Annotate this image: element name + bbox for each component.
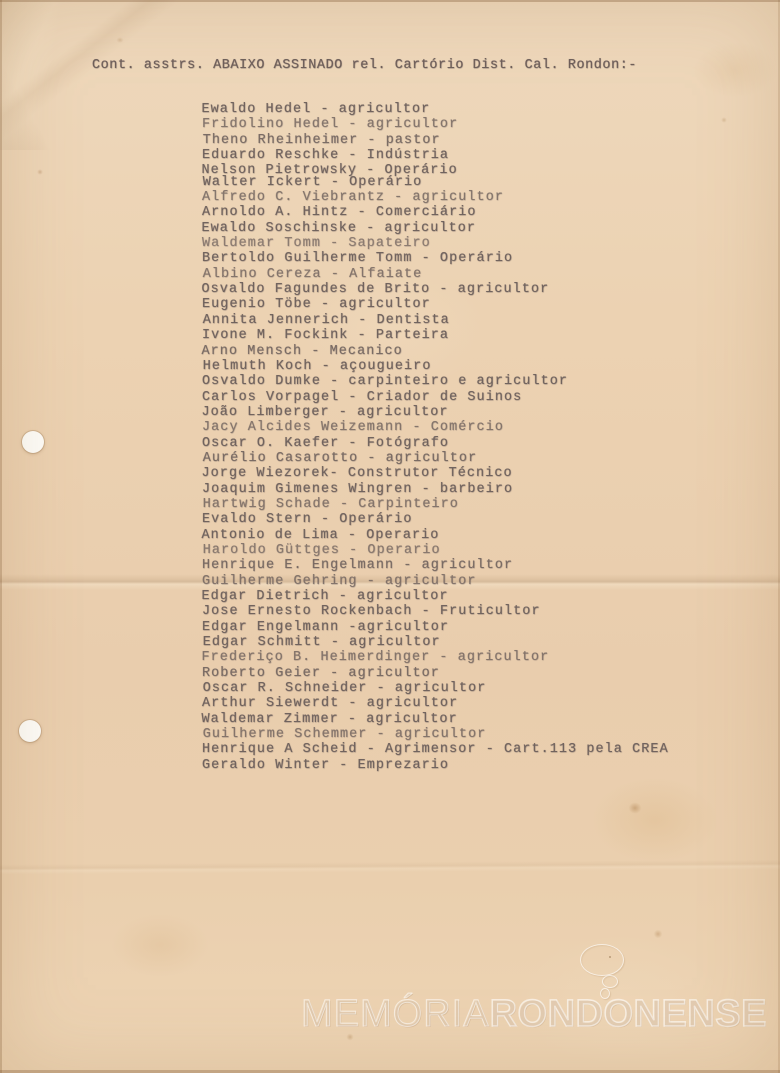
list-item: Frederiço B. Heimerdinger - agricultor [202,650,669,665]
list-item: Helmuth Koch - açougueiro [203,359,670,374]
list-item: Bertoldo Guilherme Tomm - Operário [202,251,669,266]
document-header-line: Cont. asstrs. ABAIXO ASSINADO rel. Cartó… [92,58,637,73]
list-item: Eduardo Reschke - Indústria [202,148,669,163]
signatories-list: Ewaldo Hedel - agricultor Fridolino Hede… [202,102,669,773]
punch-hole-top [22,431,44,453]
punch-hole-bottom [19,720,41,742]
scanned-document-page: Cont. asstrs. ABAIXO ASSINADO rel. Cartó… [0,0,780,1073]
list-item: Oscar R. Schneider - agricultor [203,681,670,696]
list-item: Albino Cereza - Alfaiate [203,267,670,282]
watermark-memoria: MEMÓRIA [301,993,490,1035]
list-item: Fridolino Hedel - agricultor [202,117,669,132]
list-item: Jose Ernesto Rockenbach - Fruticultor [202,604,669,619]
list-item: Arno Mensch - Mecanico [202,344,669,359]
list-item: Evaldo Stern - Operário [202,512,669,527]
list-item: Hartwig Schade - Carpinteiro [203,497,670,512]
list-item: Edgar Schmitt - agricultor [203,635,670,650]
watermark: MEMÓRIARONDONENSE [301,993,767,1036]
list-item: Ewaldo Hedel - agricultor [202,102,669,117]
list-item: Ivone M. Fockink - Parteira [202,328,669,343]
list-item: Henrique E. Engelmann - agricultor [202,558,669,573]
list-item: João Limberger - agricultor [202,405,669,420]
list-item: Edgar Dietrich - agricultor [202,589,669,604]
list-item: Carlos Vorpagel - Criador de Suinos [202,390,669,405]
list-item: Osvaldo Fagundes de Brito - agricultor [202,282,669,297]
list-item: Eugenio Töbe - agricultor [202,297,669,312]
thought-bubble-icon [580,944,624,976]
list-item: Aurélio Casarotto - agricultor [203,451,670,466]
list-item: Waldemar Zimmer - agricultor [202,712,669,727]
list-item: Jorge Wiezorek- Construtor Técnico [202,466,669,481]
list-item: Antonio de Lima - Operario [202,528,669,543]
list-item: Joaquim Gimenes Wingren - barbeiro [202,482,669,497]
thought-bubble-dot [609,956,611,958]
list-item: Walter Ickert - Operário [203,175,670,190]
list-item: Oscar O. Kaefer - Fotógrafo [202,436,669,451]
list-item: Guilherme Schemmer - agricultor [203,727,670,742]
list-item: Theno Rheinheimer - pastor [203,133,670,148]
list-item: Annita Jennerich - Dentista [203,313,670,328]
list-item: Geraldo Winter - Emprezario [202,758,669,773]
list-item: Jacy Alcides Weizemann - Comércio [202,420,669,435]
faint-fold-crease [0,860,780,875]
list-item: Guilherme Gehring - agricultor [202,574,669,589]
list-item: Haroldo Güttges - Operario [203,543,670,558]
list-item: Arnoldo A. Hintz - Comerciário [202,205,669,220]
list-item: Arthur Siewerdt - agricultor [202,696,669,711]
list-item: Osvaldo Dumke - carpinteiro e agricultor [202,374,669,389]
list-item: Ewaldo Soschinske - agricultor [202,221,669,236]
list-item: Henrique A Scheid - Agrimensor - Cart.11… [202,742,669,757]
watermark-rondonense: RONDONENSE [490,993,767,1035]
list-item: Roberto Geier - agricultor [202,666,669,681]
list-item: Edgar Engelmann -agricultor [202,620,669,635]
thought-bubble-mid-icon [602,975,618,988]
list-item: Waldemar Tomm - Sapateiro [202,236,669,251]
list-item: Alfredo C. Viebrantz - agricultor [202,190,669,205]
